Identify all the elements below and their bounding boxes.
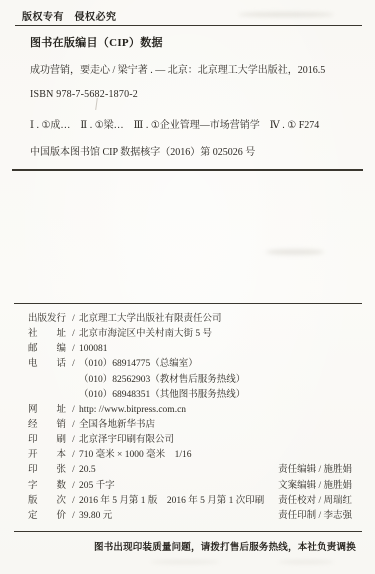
cip-title-line: 成功营销，要走心 / 梁宁著 . — 北京：北京理工大学出版社，2016.5 (30, 61, 325, 76)
colophon-row-edition: 版 次 / 2016 年 5 月第 1 版 2016 年 5 月第 1 次印刷 … (28, 494, 352, 509)
row-separator: / (68, 494, 79, 509)
row-separator: / (68, 509, 79, 524)
row-separator: / (68, 479, 79, 494)
scan-smudge (150, 560, 220, 564)
row-label: 印 张 (28, 463, 68, 478)
row-separator: / (68, 342, 79, 357)
colophon-row-phone-3: （010）68948351（其他图书服务热线） (28, 388, 352, 403)
row-label: 社 址 (28, 327, 68, 342)
row-value: 北京理工大学出版社有限责任公司 (79, 312, 222, 327)
divider-colophon-top (14, 303, 362, 304)
row-separator: / (68, 403, 79, 418)
copyright-page: 版权专有 侵权必究 图书在版编目（CIP）数据 成功营销，要走心 / 梁宁著 .… (0, 0, 375, 574)
colophon-block: 出版发行 / 北京理工大学出版社有限责任公司 社 址 / 北京市海淀区中关村南大… (28, 312, 352, 524)
colophon-row-phone-1: 电 话 / （010）68914775（总编室） (28, 357, 352, 372)
scan-smudge (266, 249, 324, 255)
cip-isbn-line: ISBN 978-7-5682-1870-2 (30, 89, 138, 100)
row-label: 出版发行 (28, 312, 68, 327)
row-value: 2016 年 5 月第 1 版 2016 年 5 月第 1 次印刷 (79, 494, 264, 509)
cip-heading: 图书在版编目（CIP）数据 (30, 34, 163, 50)
row-value: 全国各地新华书店 (79, 418, 155, 433)
row-value: http: //www.bitpress.com.cn (79, 403, 186, 418)
scan-smudge (278, 560, 334, 564)
colophon-row-wordcount: 字 数 / 205 千字 文案编辑 / 施胜娟 (28, 479, 352, 494)
row-value: （010）68948351（其他图书服务热线） (79, 388, 245, 403)
row-label: 字 数 (28, 479, 68, 494)
row-label: 电 话 (28, 357, 68, 372)
colophon-row-address: 社 址 / 北京市海淀区中关村南大街 5 号 (28, 327, 352, 342)
scan-smudge (238, 12, 334, 17)
row-credit-editor: 责任编辑 / 施胜娟 (278, 463, 352, 478)
row-label: 版 次 (28, 494, 68, 509)
row-label: 邮 编 (28, 342, 68, 357)
divider-top (15, 25, 362, 26)
row-separator: / (68, 433, 79, 448)
row-value: 20.5 (79, 463, 96, 478)
colophon-row-printer: 印 刷 / 北京泽宇印刷有限公司 (28, 433, 352, 448)
colophon-row-distribution: 经 销 / 全国各地新华书店 (28, 418, 352, 433)
colophon-row-sheets: 印 张 / 20.5 责任编辑 / 施胜娟 (28, 463, 352, 478)
copyright-notice: 版权专有 侵权必究 (22, 8, 117, 23)
row-label: 网 址 (28, 403, 68, 418)
row-value: 北京泽宇印刷有限公司 (79, 433, 174, 448)
colophon-row-postcode: 邮 编 / 100081 (28, 342, 352, 357)
row-label: 开 本 (28, 448, 68, 463)
row-credit-proofreader: 责任校对 / 周瑞红 (278, 494, 352, 509)
row-value: 710 毫米 × 1000 毫米 1/16 (79, 448, 192, 463)
row-separator: / (68, 357, 79, 372)
row-label: 经 销 (28, 418, 68, 433)
cip-record-line: 中国版本图书馆 CIP 数据核字（2016）第 025026 号 (30, 143, 255, 158)
row-value: 北京市海淀区中关村南大街 5 号 (79, 327, 212, 342)
row-value: （010）68914775（总编室） (79, 357, 198, 372)
scan-pencil-mark (95, 98, 98, 110)
row-separator: / (68, 327, 79, 342)
row-value: 39.80 元 (79, 509, 112, 524)
row-credit-copy-editor: 文案编辑 / 施胜娟 (278, 479, 352, 494)
quality-service-note: 图书出现印装质量问题，请拨打售后服务热线，本社负责调换 (94, 539, 356, 553)
row-separator: / (68, 418, 79, 433)
row-value: （010）82562903（教材售后服务热线） (79, 373, 245, 388)
row-value: 205 千字 (79, 479, 115, 494)
row-separator: / (68, 312, 79, 327)
colophon-row-format: 开 本 / 710 毫米 × 1000 毫米 1/16 (28, 448, 352, 463)
row-value: 100081 (79, 342, 108, 357)
colophon-row-website: 网 址 / http: //www.bitpress.com.cn (28, 403, 352, 418)
colophon-row-price: 定 价 / 39.80 元 责任印制 / 李志强 (28, 509, 352, 524)
row-credit-print-supervisor: 责任印制 / 李志强 (278, 509, 352, 524)
divider-cip-bottom (12, 169, 363, 171)
colophon-row-publisher: 出版发行 / 北京理工大学出版社有限责任公司 (28, 312, 352, 327)
cip-classification-line: Ⅰ . ①成… Ⅱ . ①梁… Ⅲ . ①企业管理—市场营销学 Ⅳ . ① F2… (30, 116, 319, 131)
divider-bottom (14, 531, 362, 532)
row-separator: / (68, 463, 79, 478)
row-label: 定 价 (28, 509, 68, 524)
row-label: 印 刷 (28, 433, 68, 448)
row-separator: / (68, 448, 79, 463)
colophon-row-phone-2: （010）82562903（教材售后服务热线） (28, 373, 352, 388)
